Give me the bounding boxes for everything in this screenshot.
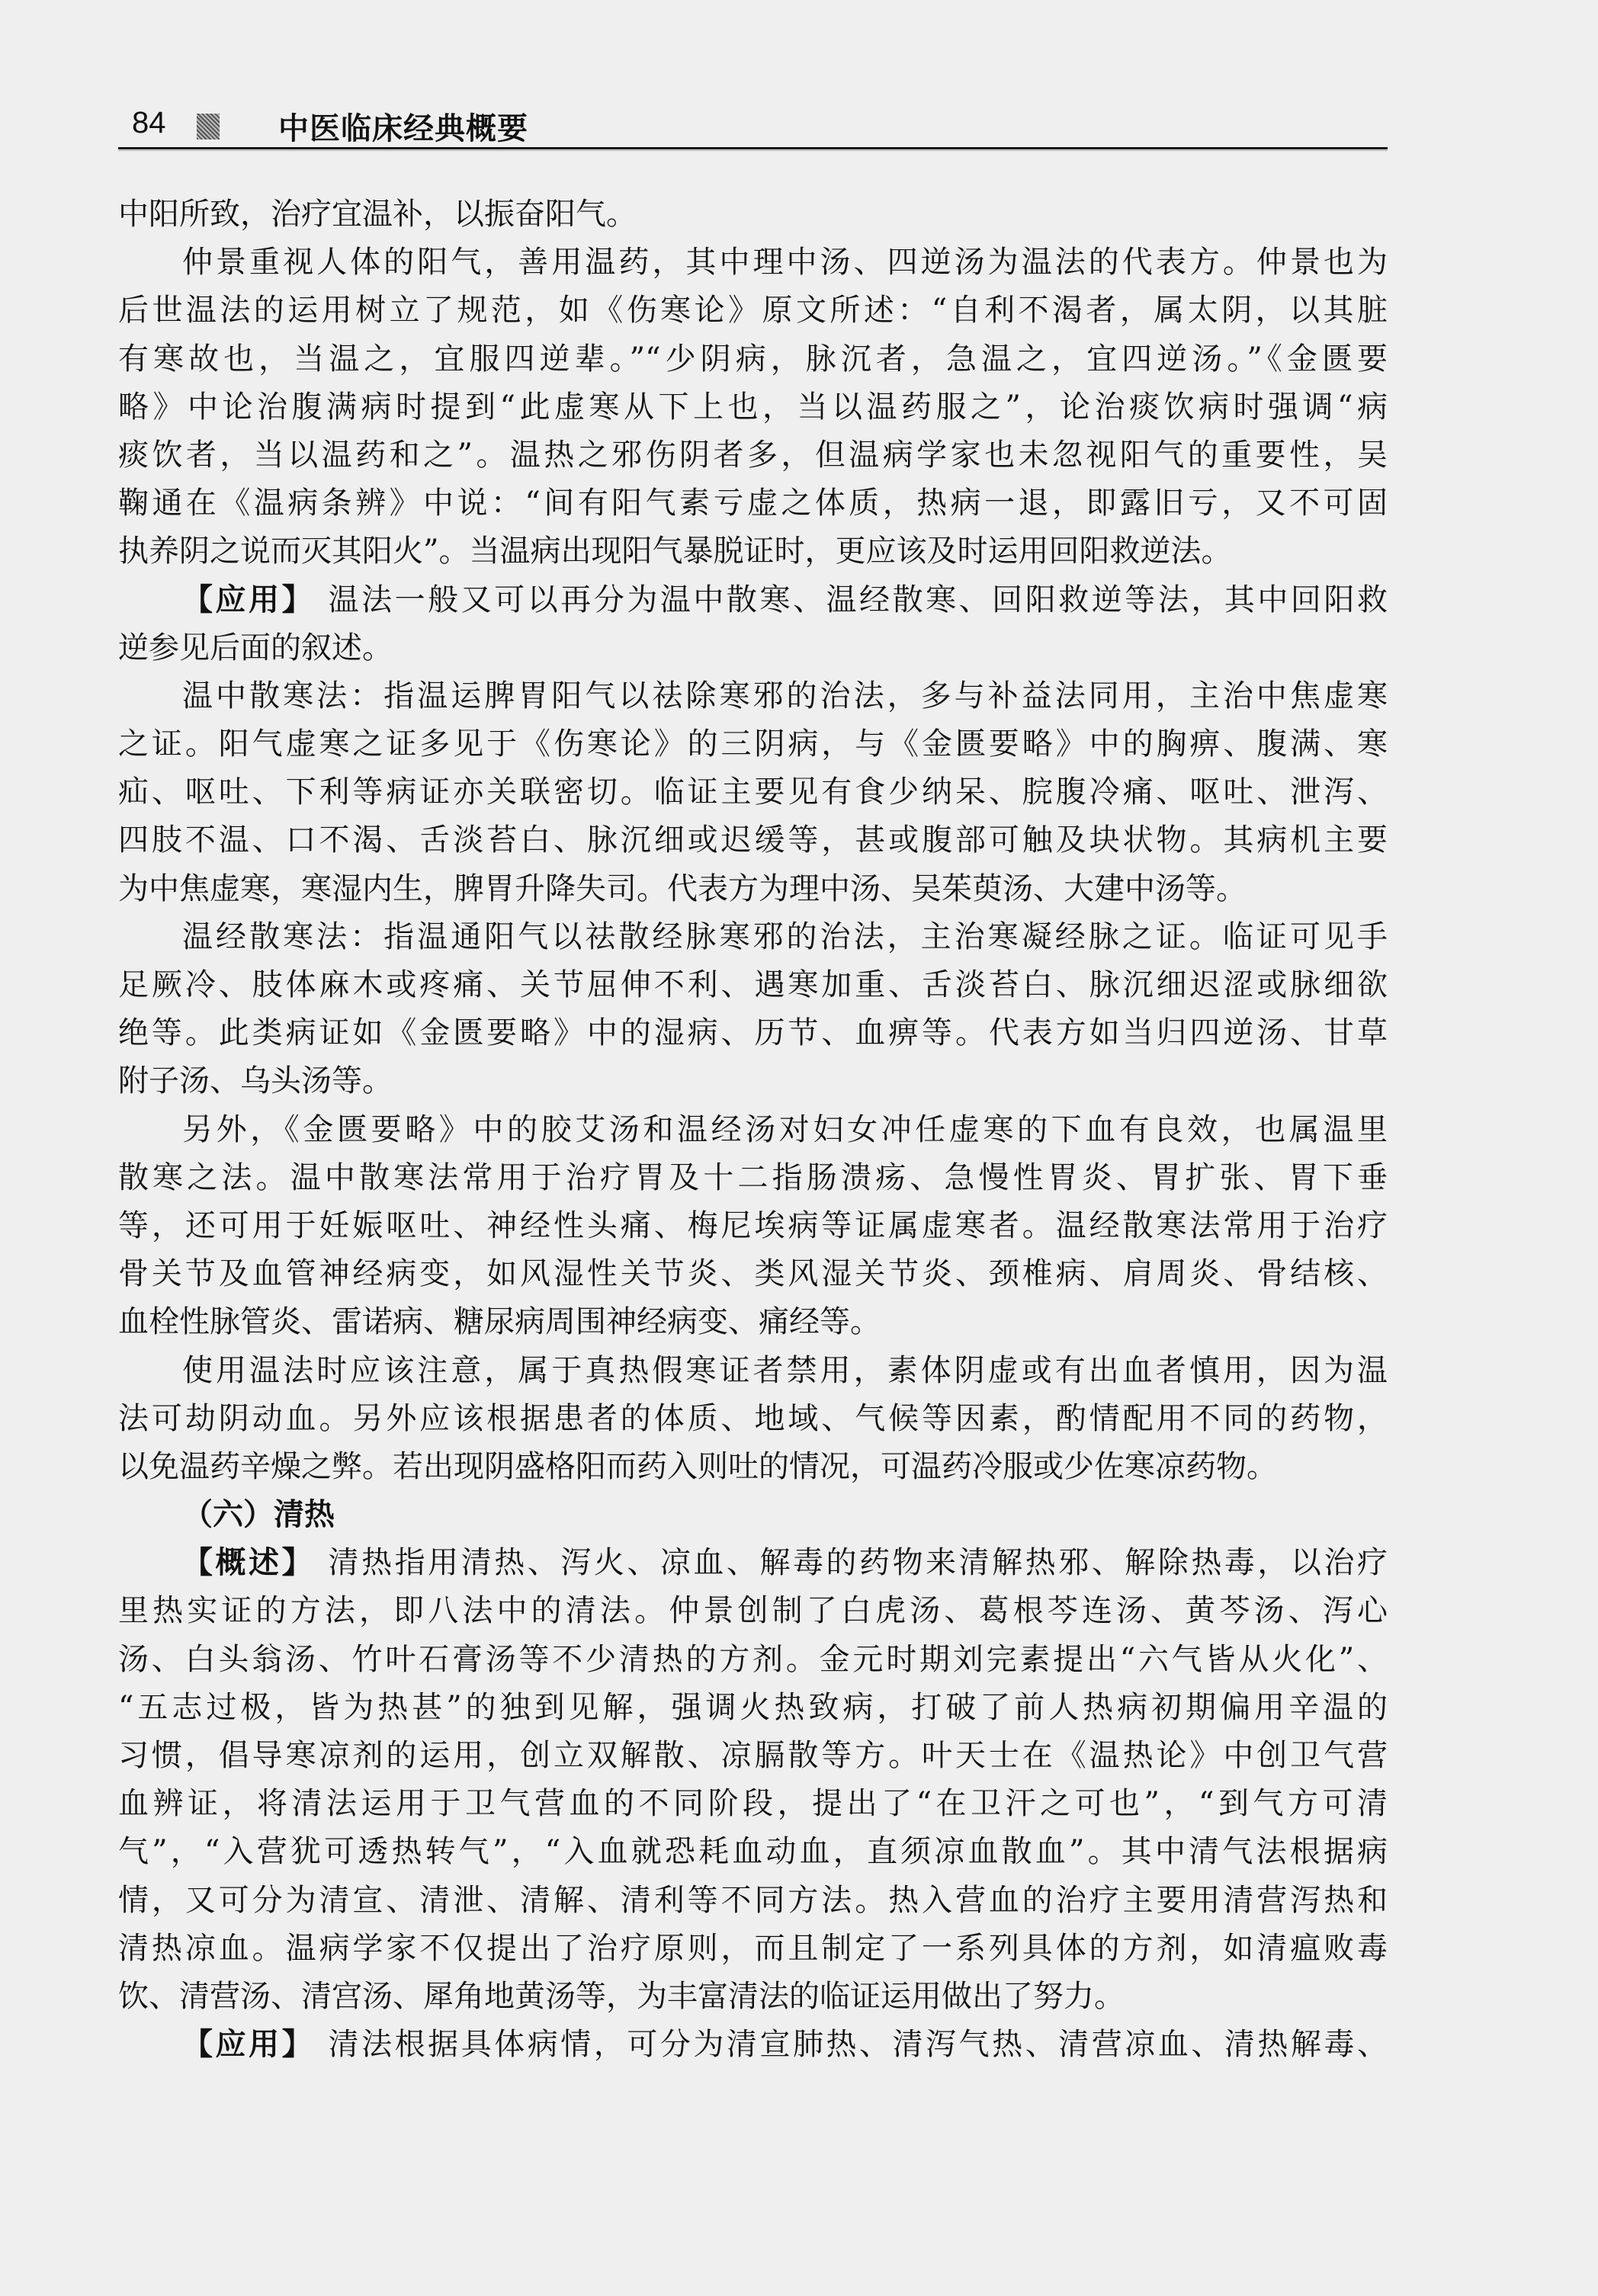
line-text: 骨关节及血管神经病变，如风湿性关节炎、类风湿关节炎、颈椎病、肩周炎、骨结核、 xyxy=(118,1256,1388,1291)
text-line: 痰饮者，当以温药和之”。温热之邪伤阴者多，但温病学家也未忽视阳气的重要性，吴 xyxy=(118,431,1388,479)
line-text: 汤、白头翁汤、竹叶石膏汤等不少清热的方剂。金元时期刘完素提出“六气皆从火化”、 xyxy=(118,1642,1388,1677)
text-line: 等，还可用于妊娠呕吐、神经性头痛、梅尼埃病等证属虚寒者。温经散寒法常用于治疗 xyxy=(118,1202,1388,1250)
running-header: 84 中医临床经典概要 xyxy=(118,103,1388,150)
line-text: 鞠通在《温病条辨》中说：“间有阳气素亏虚之体质，热病一退，即露旧亏，又不可固 xyxy=(118,486,1388,521)
text-line: 散寒之法。温中散寒法常用于治疗胃及十二指肠溃疡、急慢性胃炎、胃扩张、胃下垂 xyxy=(118,1154,1388,1202)
line-text: 有寒故也，当温之，宜服四逆辈。”“少阴病，脉沉者，急温之，宜四逆汤。”《金匮要 xyxy=(118,342,1388,377)
line-text: 气”，“入营犹可透热转气”，“入血就恐耗血动血，直须凉血散血”。其中清气法根据病 xyxy=(118,1834,1388,1869)
text-line: 饮、清营汤、清宫汤、犀角地黄汤等，为丰富清法的临证运用做出了努力。 xyxy=(118,1973,1388,2021)
line-text: 疝、呕吐、下利等病证亦关联密切。临证主要见有食少纳呆、脘腹冷痛、呕吐、泄泻、 xyxy=(118,774,1388,810)
text-line: 之证。阳气虚寒之证多见于《伤寒论》的三阴病，与《金匮要略》中的胸痹、腹满、寒 xyxy=(118,720,1388,768)
text-line: 后世温法的运用树立了规范，如《伤寒论》原文所述：“自利不渴者，属太阴，以其脏 xyxy=(118,287,1388,335)
text-line: 为中焦虚寒，寒湿内生，脾胃升降失司。代表方为理中汤、吴茱萸汤、大建中汤等。 xyxy=(118,865,1388,913)
text-line: 附子汤、乌头汤等。 xyxy=(118,1057,1388,1105)
line-text: 以免温药辛燥之弊。若出现阴盛格阳而药入则吐的情况，可温药冷服或少佐寒凉药物。 xyxy=(118,1449,1277,1484)
text-line: 使用温法时应该注意，属于真热假寒证者禁用，素体阴虚或有出血者慎用，因为温 xyxy=(118,1347,1388,1395)
line-text: “五志过极，皆为热甚”的独到见解，强调火热致病，打破了前人热病初期偏用辛温的 xyxy=(118,1690,1388,1725)
text-line: 法可劫阴动血。另外应该根据患者的体质、地域、气候等因素，酌情配用不同的药物， xyxy=(118,1395,1388,1443)
line-text: 散寒之法。温中散寒法常用于治疗胃及十二指肠溃疡、急慢性胃炎、胃扩张、胃下垂 xyxy=(118,1160,1388,1195)
text-line: 疝、呕吐、下利等病证亦关联密切。临证主要见有食少纳呆、脘腹冷痛、呕吐、泄泻、 xyxy=(118,768,1388,816)
subsection-label: 【应用】 xyxy=(182,2027,329,2062)
section-heading: （六）清热 xyxy=(118,1491,1388,1539)
text-line: 清热凉血。温病学家不仅提出了治疗原则，而且制定了一系列具体的方剂，如清瘟败毒 xyxy=(118,1925,1388,1973)
text-line: 四肢不温、口不渴、舌淡苔白、脉沉细或迟缓等，甚或腹部可触及块状物。其病机主要 xyxy=(118,816,1388,864)
text-line: 血辨证，将清法运用于卫气营血的不同阶段，提出了“在卫汗之可也”，“到气方可清 xyxy=(118,1780,1388,1828)
text-line: 鞠通在《温病条辨》中说：“间有阳气素亏虚之体质，热病一退，即露旧亏，又不可固 xyxy=(118,479,1388,528)
text-line: 仲景重视人体的阳气，善用温药，其中理中汤、四逆汤为温法的代表方。仲景也为 xyxy=(118,239,1388,287)
text-line: 绝等。此类病证如《金匮要略》中的湿病、历节、血痹等。代表方如当归四逆汤、甘草 xyxy=(118,1009,1388,1057)
line-text: 执养阴之说而灭其阳火”。当温病出现阳气暴脱证时，更应该及时运用回阳救逆法。 xyxy=(118,534,1231,569)
text-line: 另外，《金匮要略》中的胶艾汤和温经汤对妇女冲任虚寒的下血有良效，也属温里 xyxy=(118,1106,1388,1154)
text-line: 【应用】 清法根据具体病情，可分为清宣肺热、清泻气热、清营凉血、清热解毒、 xyxy=(118,2021,1388,2069)
line-text: 仲景重视人体的阳气，善用温药，其中理中汤、四逆汤为温法的代表方。仲景也为 xyxy=(182,245,1388,280)
text-line: 习惯，倡导寒凉剂的运用，创立双解散、凉膈散等方。叶天士在《温热论》中创卫气营 xyxy=(118,1732,1388,1780)
text-line: 【应用】 温法一般又可以再分为温中散寒、温经散寒、回阳救逆等法，其中回阳救 xyxy=(118,576,1388,624)
text-line: 里热实证的方法，即八法中的清法。仲景创制了白虎汤、葛根芩连汤、黄芩汤、泻心 xyxy=(118,1587,1388,1635)
line-text: 清法根据具体病情，可分为清宣肺热、清泻气热、清营凉血、清热解毒、 xyxy=(329,2027,1388,2062)
text-line: 有寒故也，当温之，宜服四逆辈。”“少阴病，脉沉者，急温之，宜四逆汤。”《金匮要 xyxy=(118,335,1388,383)
text-line: 气”，“入营犹可透热转气”，“入血就恐耗血动血，直须凉血散血”。其中清气法根据病 xyxy=(118,1828,1388,1876)
line-text: 另外，《金匮要略》中的胶艾汤和温经汤对妇女冲任虚寒的下血有良效，也属温里 xyxy=(182,1112,1388,1147)
line-text: 痰饮者，当以温药和之”。温热之邪伤阴者多，但温病学家也未忽视阳气的重要性，吴 xyxy=(118,438,1388,473)
text-line: 情，又可分为清宣、清泄、清解、清利等不同方法。热入营血的治疗主要用清营泻热和 xyxy=(118,1877,1388,1925)
line-text: 中阳所致，治疗宜温补，以振奋阳气。 xyxy=(118,197,637,232)
text-line: 逆参见后面的叙述。 xyxy=(118,624,1388,672)
line-text: 情，又可分为清宣、清泄、清解、清利等不同方法。热入营血的治疗主要用清营泻热和 xyxy=(118,1883,1388,1918)
line-text: 四肢不温、口不渴、舌淡苔白、脉沉细或迟缓等，甚或腹部可触及块状物。其病机主要 xyxy=(118,823,1388,858)
line-text: 习惯，倡导寒凉剂的运用，创立双解散、凉膈散等方。叶天士在《温热论》中创卫气营 xyxy=(118,1738,1388,1773)
text-line: 足厥冷、肢体麻木或疼痛、关节屈伸不利、遇寒加重、舌淡苔白、脉沉细迟涩或脉细欲 xyxy=(118,961,1388,1009)
line-text: 后世温法的运用树立了规范，如《伤寒论》原文所述：“自利不渴者，属太阴，以其脏 xyxy=(118,293,1388,328)
line-text: 使用温法时应该注意，属于真热假寒证者禁用，素体阴虚或有出血者慎用，因为温 xyxy=(182,1353,1388,1388)
line-text: 附子汤、乌头汤等。 xyxy=(118,1063,393,1098)
page-number: 84 xyxy=(132,106,166,140)
text-line: 温经散寒法：指温通阳气以祛散经脉寒邪的治法，主治寒凝经脉之证。临证可见手 xyxy=(118,913,1388,961)
text-line: 汤、白头翁汤、竹叶石膏汤等不少清热的方剂。金元时期刘完素提出“六气皆从火化”、 xyxy=(118,1636,1388,1684)
header-ornament-block xyxy=(197,114,220,139)
text-line: 以免温药辛燥之弊。若出现阴盛格阳而药入则吐的情况，可温药冷服或少佐寒凉药物。 xyxy=(118,1443,1388,1491)
page-body-text: 中阳所致，治疗宜温补，以振奋阳气。仲景重视人体的阳气，善用温药，其中理中汤、四逆… xyxy=(118,191,1388,2069)
text-line: 骨关节及血管神经病变，如风湿性关节炎、类风湿关节炎、颈椎病、肩周炎、骨结核、 xyxy=(118,1250,1388,1298)
line-text: 逆参见后面的叙述。 xyxy=(118,630,393,665)
text-line: “五志过极，皆为热甚”的独到见解，强调火热致病，打破了前人热病初期偏用辛温的 xyxy=(118,1684,1388,1732)
line-text: 血栓性脉管炎、雷诺病、糖尿病周围神经病变、痛经等。 xyxy=(118,1304,881,1339)
text-line: 【概述】 清热指用清热、泻火、凉血、解毒的药物来清解热邪、解除热毒，以治疗 xyxy=(118,1539,1388,1587)
line-text: 足厥冷、肢体麻木或疼痛、关节屈伸不利、遇寒加重、舌淡苔白、脉沉细迟涩或脉细欲 xyxy=(118,967,1388,1002)
subsection-label: 【概述】 xyxy=(182,1545,329,1580)
subsection-label: 【应用】 xyxy=(182,582,329,617)
line-text: 里热实证的方法，即八法中的清法。仲景创制了白虎汤、葛根芩连汤、黄芩汤、泻心 xyxy=(118,1593,1388,1628)
text-line: 执养阴之说而灭其阳火”。当温病出现阳气暴脱证时，更应该及时运用回阳救逆法。 xyxy=(118,528,1388,576)
text-line: 温中散寒法：指温运脾胃阳气以祛除寒邪的治法，多与补益法同用，主治中焦虚寒 xyxy=(118,672,1388,720)
line-text: 温经散寒法：指温通阳气以祛散经脉寒邪的治法，主治寒凝经脉之证。临证可见手 xyxy=(182,919,1388,954)
line-text: 血辨证，将清法运用于卫气营血的不同阶段，提出了“在卫汗之可也”，“到气方可清 xyxy=(118,1786,1388,1821)
line-text: 温中散寒法：指温运脾胃阳气以祛除寒邪的治法，多与补益法同用，主治中焦虚寒 xyxy=(182,678,1388,713)
line-text: 为中焦虚寒，寒湿内生，脾胃升降失司。代表方为理中汤、吴茱萸汤、大建中汤等。 xyxy=(118,871,1247,906)
header-rule xyxy=(118,147,1388,149)
text-line: 略》中论治腹满病时提到“此虚寒从下上也，当以温药服之”，论治痰饮病时强调“病 xyxy=(118,383,1388,431)
line-text: 饮、清营汤、清宫汤、犀角地黄汤等，为丰富清法的临证运用做出了努力。 xyxy=(118,1979,1125,2014)
line-text: 绝等。此类病证如《金匮要略》中的湿病、历节、血痹等。代表方如当归四逆汤、甘草 xyxy=(118,1015,1388,1050)
line-text: 清热指用清热、泻火、凉血、解毒的药物来清解热邪、解除热毒，以治疗 xyxy=(329,1545,1388,1580)
running-title: 中医临床经典概要 xyxy=(278,104,528,148)
text-line: 血栓性脉管炎、雷诺病、糖尿病周围神经病变、痛经等。 xyxy=(118,1298,1388,1346)
header-rule-thin xyxy=(118,150,1388,151)
line-text: 法可劫阴动血。另外应该根据患者的体质、地域、气候等因素，酌情配用不同的药物， xyxy=(118,1401,1388,1436)
text-line: 中阳所致，治疗宜温补，以振奋阳气。 xyxy=(118,191,1388,239)
line-text: 温法一般又可以再分为温中散寒、温经散寒、回阳救逆等法，其中回阳救 xyxy=(329,582,1388,617)
line-text: 之证。阳气虚寒之证多见于《伤寒论》的三阴病，与《金匮要略》中的胸痹、腹满、寒 xyxy=(118,726,1388,762)
line-text: 略》中论治腹满病时提到“此虚寒从下上也，当以温药服之”，论治痰饮病时强调“病 xyxy=(118,390,1388,425)
line-text: 清热凉血。温病学家不仅提出了治疗原则，而且制定了一系列具体的方剂，如清瘟败毒 xyxy=(118,1931,1388,1966)
line-text: 等，还可用于妊娠呕吐、神经性头痛、梅尼埃病等证属虚寒者。温经散寒法常用于治疗 xyxy=(118,1208,1388,1243)
